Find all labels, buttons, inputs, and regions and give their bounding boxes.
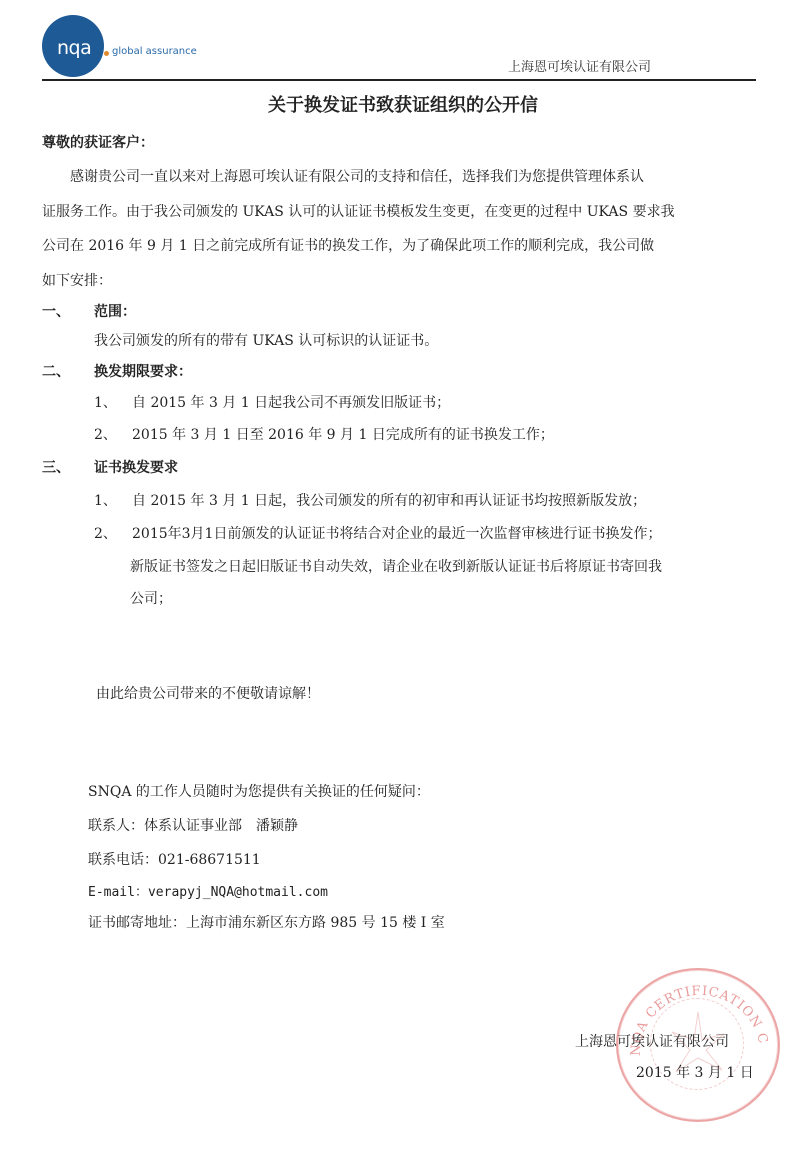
- logo-dot-icon: [104, 51, 109, 56]
- contact-person: 联系人：体系认证事业部 潘颖静: [88, 815, 298, 835]
- logo-tagline: global assurance: [112, 46, 197, 57]
- logo-text: nqa: [57, 37, 91, 59]
- letter-title: 关于换发证书致获证组织的公开信: [0, 91, 806, 117]
- section-1-body: 我公司颁发的所有的带有 UKAS 认可标识的认证证书。: [94, 330, 438, 350]
- section-3-item-2-num: 2、: [94, 523, 117, 543]
- header-divider: [42, 79, 756, 81]
- header-company-name: 上海恩可埃认证有限公司: [508, 56, 651, 75]
- section-3-heading: 证书换发要求: [94, 457, 178, 477]
- section-1-heading: 范围：: [94, 301, 136, 321]
- section-2-item-2: 2015 年 3 月 1 日至 2016 年 9 月 1 日完成所有的证书换发工…: [132, 424, 554, 444]
- intro-line-4: 如下安排：: [42, 270, 112, 290]
- section-3-marker: 三、: [42, 457, 70, 477]
- section-2-heading: 换发期限要求：: [94, 361, 192, 381]
- apology: 由此给贵公司带来的不便敬请谅解！: [96, 683, 320, 703]
- contact-address: 证书邮寄地址：上海市浦东新区东方路 985 号 15 楼 I 室: [88, 912, 445, 932]
- section-2-item-2-num: 2、: [94, 424, 117, 444]
- section-3-item-2: 2015年3月1日前颁发的认证证书将结合对企业的最近一次监督审核进行证书换发作；: [132, 523, 661, 543]
- intro-line-1: 感谢贵公司一直以来对上海恩可埃认证有限公司的支持和信任，选择我们为您提供管理体系…: [70, 166, 644, 186]
- intro-line-3: 公司在 2016 年 9 月 1 日之前完成所有证书的换发工作，为了确保此项工作…: [42, 235, 654, 255]
- intro-line-2: 证服务工作。由于我公司颁发的 UKAS 认可的认证证书模板发生变更，在变更的过程…: [42, 201, 675, 221]
- section-2-item-1-num: 1、: [94, 392, 117, 412]
- signature-date: 2015 年 3 月 1 日: [636, 1062, 754, 1082]
- section-1-marker: 一、: [42, 301, 70, 321]
- section-3-item-1-num: 1、: [94, 490, 117, 510]
- contact-intro: SNQA 的工作人员随时为您提供有关换证的任何疑问：: [88, 781, 430, 801]
- section-2-item-1: 自 2015 年 3 月 1 日起我公司不再颁发旧版证书；: [132, 392, 450, 412]
- section-3-item-2-cont-2: 公司；: [130, 588, 172, 608]
- contact-phone: 联系电话：021-68671511: [88, 849, 261, 869]
- section-2-marker: 二、: [42, 361, 70, 381]
- signature-company: 上海恩可埃认证有限公司: [575, 1031, 729, 1051]
- section-3-item-2-cont-1: 新版证书签发之日起旧版证书自动失效，请企业在收到新版认证证书后将原证书寄回我: [130, 556, 662, 576]
- salutation: 尊敬的获证客户：: [42, 132, 154, 152]
- contact-email: E-mail：verapyj_NQA@hotmail.com: [88, 881, 328, 900]
- section-3-item-1: 自 2015 年 3 月 1 日起，我公司颁发的所有的初审和再认证证书均按照新版…: [132, 490, 646, 510]
